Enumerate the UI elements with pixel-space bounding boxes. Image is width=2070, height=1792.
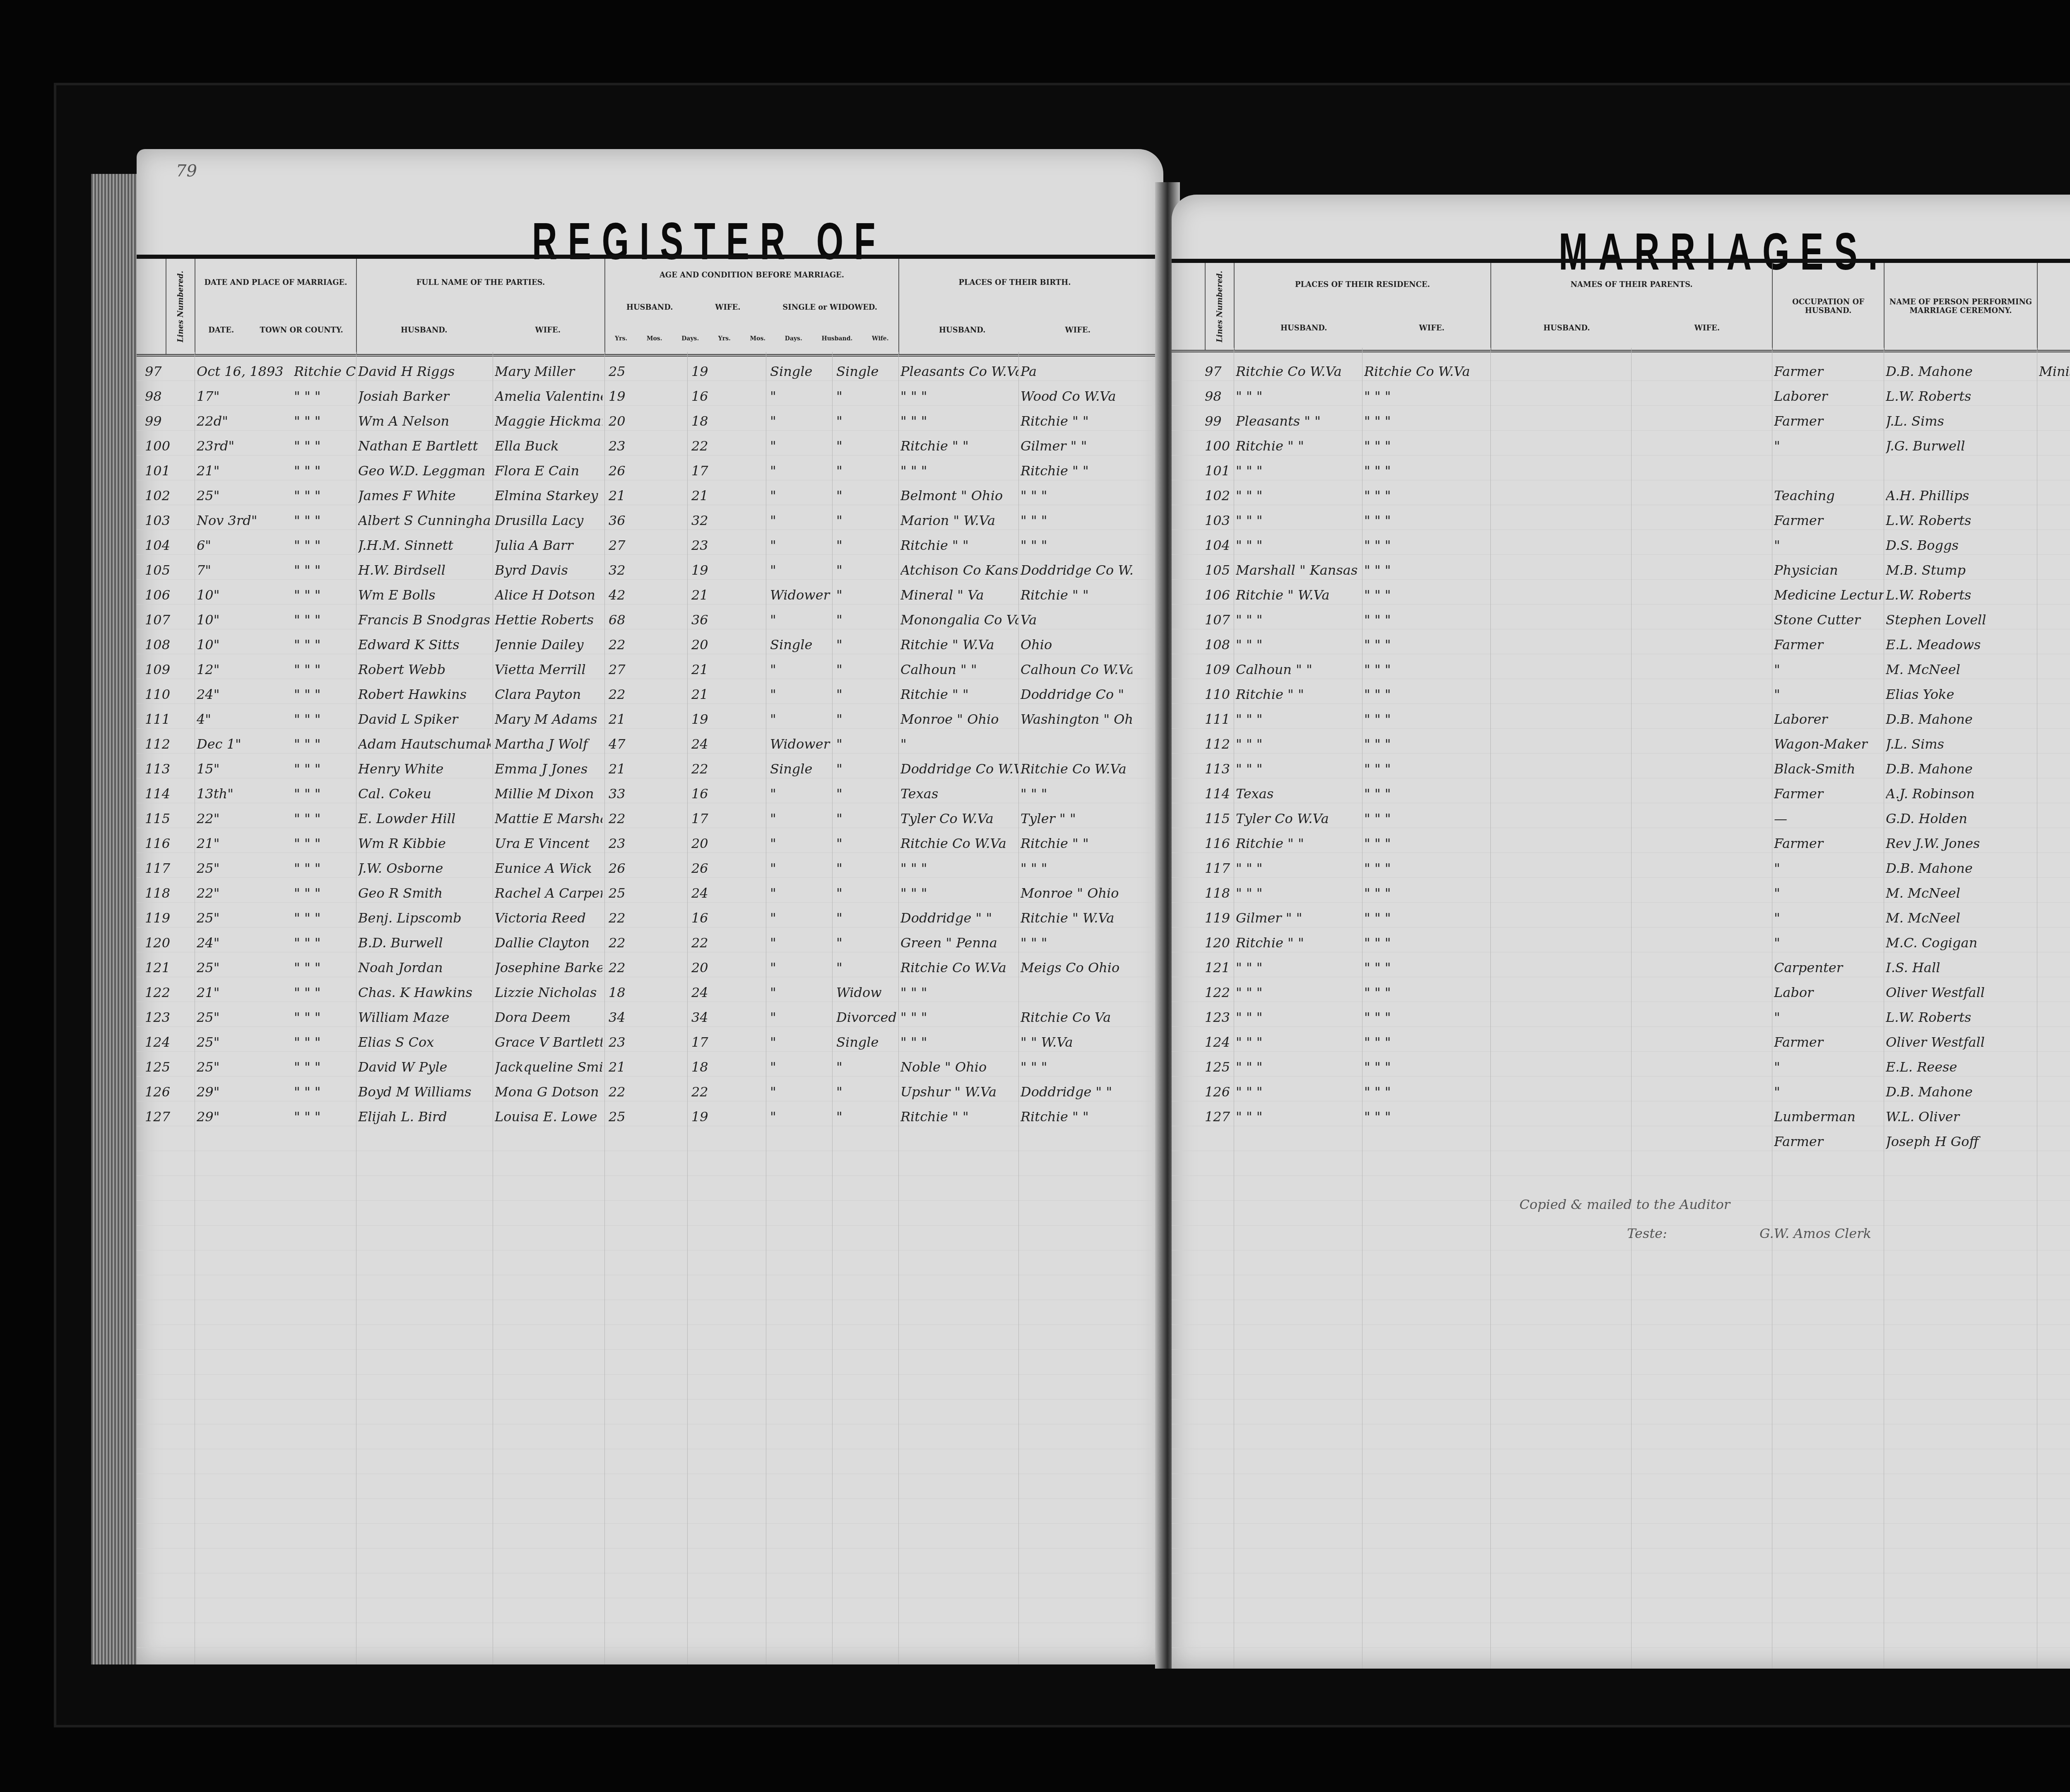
left-cell-no: 120 [145, 935, 190, 951]
left-cell-no: 116 [145, 836, 190, 851]
table-row: 97Oct 16, 1893Ritchie Co W.VaDavid H Rig… [137, 360, 1163, 385]
left-cell-h-age: 25 [609, 364, 638, 379]
left-cell-h-age: 33 [609, 786, 638, 802]
left-cell-h-birth: Monongalia Co Va [900, 612, 1018, 628]
table-row: 116Ritchie " "" " "FarmerRev J.W. Jones [1172, 832, 2070, 857]
left-cell-h-birth: Belmont " Ohio [900, 488, 1018, 503]
left-cell-no: 99 [145, 413, 190, 429]
table-row: 101" " "" " " [1172, 460, 2070, 484]
table-row: 11725"" " "J.W. OsborneEunice A Wick2626… [137, 857, 1163, 882]
right-cell-officiant: A.J. Robinson [1886, 786, 2037, 802]
right-cell-occupation: " [1774, 885, 1884, 901]
left-cell-husband: Benj. Lipscomb [358, 910, 491, 926]
right-cell-h-res: " " " [1236, 637, 1360, 653]
left-cell-no: 125 [145, 1059, 190, 1075]
left-cell-date: 22" [197, 811, 292, 826]
left-cell-no: 114 [145, 786, 190, 802]
table-row: 120Ritchie " "" " ""M.C. Cogigan [1172, 932, 2070, 956]
left-cell-place: " " " [294, 637, 356, 653]
left-cell-husband: Josiah Barker [358, 388, 491, 404]
left-cell-place: " " " [294, 1109, 356, 1125]
right-cell-w-res: " " " [1364, 513, 1488, 528]
left-cell-w-age: 19 [691, 364, 720, 379]
table-row: 109Calhoun " "" " ""M. McNeel [1172, 658, 2070, 683]
header-parents: NAMES OF THEIR PARENTS. HUSBAND.WIFE. [1490, 263, 1772, 350]
left-cell-w-age: 16 [691, 910, 720, 926]
right-cell-h-res: " " " [1236, 612, 1360, 628]
table-row: 118" " "" " ""M. McNeel [1172, 882, 2070, 907]
table-row: 11522"" " "E. Lowder HillMattie E Marsha… [137, 807, 1163, 832]
left-cell-w-age: 34 [691, 1009, 720, 1025]
table-row: 127" " "" " "LumbermanW.L. Oliver [1172, 1106, 2070, 1130]
left-cell-h-birth: Upshur " W.Va [900, 1084, 1018, 1100]
left-cell-w-birth: Ritchie Co Va [1021, 1009, 1132, 1025]
left-cell-no: 127 [145, 1109, 190, 1125]
right-cell-occupation: Medicine Lecturer [1774, 587, 1884, 603]
table-row: 103" " "" " "FarmerL.W. Roberts [1172, 509, 2070, 534]
right-cell-no: 111 [1205, 711, 1234, 727]
right-cell-officiant: E.L. Meadows [1886, 637, 2037, 653]
right-cell-no: 100 [1205, 438, 1234, 454]
left-cell-w-age: 22 [691, 438, 720, 454]
left-cell-date: 22" [197, 885, 292, 901]
right-cell-no: 107 [1205, 612, 1234, 628]
left-cell-date: Nov 3rd" [197, 513, 292, 528]
left-cell-h-age: 68 [609, 612, 638, 628]
left-cell-date: 13th" [197, 786, 292, 802]
right-cell-officiant: Joseph H Goff [1886, 1134, 2037, 1149]
left-cell-date: 10" [197, 637, 292, 653]
right-cell-officiant: G.D. Holden [1886, 811, 2037, 826]
left-cell-h-birth: Ritchie " " [900, 686, 1018, 702]
left-cell-place: " " " [294, 587, 356, 603]
right-cell-no: 114 [1205, 786, 1234, 802]
left-cell-no: 105 [145, 562, 190, 578]
right-cell-w-res: " " " [1364, 1009, 1488, 1025]
right-cell-no: 99 [1205, 413, 1234, 429]
left-cell-husband: Adam Hautschumaker [358, 736, 491, 752]
table-row: 10710"" " "Francis B SnodgrassHettie Rob… [137, 609, 1163, 633]
right-cell-h-res: " " " [1236, 1009, 1360, 1025]
left-cell-h-cond: " [770, 388, 832, 404]
left-cell-h-cond: " [770, 1034, 832, 1050]
right-cell-occupation: " [1774, 662, 1884, 677]
right-cell-no: 109 [1205, 662, 1234, 677]
left-cell-wife: Mona G Dotson [495, 1084, 602, 1100]
left-cell-husband: J.H.M. Sinnett [358, 537, 491, 553]
left-cell-h-age: 27 [609, 537, 638, 553]
right-cell-officiant: M.B. Stump [1886, 562, 2037, 578]
right-cell-no: 110 [1205, 686, 1234, 702]
left-cell-husband: Noah Jordan [358, 960, 491, 975]
left-cell-husband: Chas. K Hawkins [358, 985, 491, 1000]
right-cell-h-res: Ritchie " " [1236, 836, 1360, 851]
left-cell-wife: Mary M Adams [495, 711, 602, 727]
right-cell-h-res: " " " [1236, 1109, 1360, 1125]
right-cell-officiant: D.B. Mahone [1886, 364, 2037, 379]
left-cell-place: " " " [294, 736, 356, 752]
table-row: 12125"" " "Noah JordanJosephine Barker22… [137, 956, 1163, 981]
table-row: 126" " "" " ""D.B. Mahone [1172, 1081, 2070, 1106]
right-cell-occupation: Farmer [1774, 1034, 1884, 1050]
table-row: FarmerJoseph H Goff [1172, 1130, 2070, 1155]
right-cell-occupation: Teaching [1774, 488, 1884, 503]
page-number: 79 [176, 161, 197, 181]
right-cell-occupation: Farmer [1774, 1134, 1884, 1149]
left-cell-w-age: 19 [691, 1109, 720, 1125]
left-cell-h-birth: Ritchie Co W.Va [900, 960, 1018, 975]
left-cell-h-cond: " [770, 662, 832, 677]
header-full-name: FULL NAME OF THE PARTIES. HUSBAND.WIFE. [356, 259, 604, 354]
header-birth-places: PLACES OF THEIR BIRTH. HUSBAND.WIFE. [898, 259, 1130, 354]
left-cell-w-cond: " [836, 960, 898, 975]
footer-note: Copied & mailed to the Auditor [1519, 1197, 1730, 1212]
right-cell-w-res: " " " [1364, 537, 1488, 553]
left-cell-no: 103 [145, 513, 190, 528]
left-cell-wife: Mary Miller [495, 364, 602, 379]
left-cell-h-age: 23 [609, 438, 638, 454]
left-cell-date: 4" [197, 711, 292, 727]
left-cell-w-age: 20 [691, 637, 720, 653]
left-cell-w-birth: Doddridge Co " [1021, 686, 1132, 702]
right-cell-officiant: M.C. Cogigan [1886, 935, 2037, 951]
left-cell-w-cond: " [836, 537, 898, 553]
left-cell-wife: Byrd Davis [495, 562, 602, 578]
left-cell-wife: Drusilla Lacy [495, 513, 602, 528]
table-row: 12525"" " "David W PyleJackqueline Smith… [137, 1056, 1163, 1081]
right-cell-w-res: " " " [1364, 662, 1488, 677]
table-row: 121" " "" " "CarpenterI.S. Hall [1172, 956, 2070, 981]
right-cell-officiant: Oliver Westfall [1886, 1034, 2037, 1050]
right-cell-h-res: Marshall " Kansas [1236, 562, 1360, 578]
left-cell-h-cond: " [770, 438, 832, 454]
left-cell-h-birth: Doddridge " " [900, 910, 1018, 926]
left-cell-place: " " " [294, 488, 356, 503]
table-row: 11413th"" " "Cal. CokeuMillie M Dixon331… [137, 783, 1163, 807]
right-cell-w-res: " " " [1364, 910, 1488, 926]
left-cell-no: 107 [145, 612, 190, 628]
left-cell-place: " " " [294, 438, 356, 454]
left-cell-h-birth: " " " [900, 1034, 1018, 1050]
left-cell-no: 104 [145, 537, 190, 553]
left-cell-no: 119 [145, 910, 190, 926]
left-cell-w-birth: " " " [1021, 513, 1132, 528]
left-cell-w-birth: Tyler " " [1021, 811, 1132, 826]
left-cell-husband: Edward K Sitts [358, 637, 491, 653]
left-cell-w-age: 24 [691, 885, 720, 901]
left-entries: 97Oct 16, 1893Ritchie Co W.VaDavid H Rig… [137, 360, 1163, 1155]
right-cell-no: 108 [1205, 637, 1234, 653]
left-cell-wife: Jennie Dailey [495, 637, 602, 653]
left-cell-h-age: 22 [609, 811, 638, 826]
left-cell-h-cond: " [770, 513, 832, 528]
left-cell-h-age: 25 [609, 1109, 638, 1125]
left-cell-h-birth: Tyler Co W.Va [900, 811, 1018, 826]
table-row: 9922d"" " "Wm A NelsonMaggie Hickman2018… [137, 410, 1163, 435]
right-cell-officiant: M. McNeel [1886, 662, 2037, 677]
left-cell-wife: Eunice A Wick [495, 860, 602, 876]
left-cell-h-age: 22 [609, 1084, 638, 1100]
left-cell-wife: Vietta Merrill [495, 662, 602, 677]
left-cell-w-age: 32 [691, 513, 720, 528]
left-cell-h-cond: " [770, 562, 832, 578]
left-cell-h-age: 36 [609, 513, 638, 528]
left-cell-husband: William Maze [358, 1009, 491, 1025]
left-cell-wife: Hettie Roberts [495, 612, 602, 628]
left-cell-place: " " " [294, 1059, 356, 1075]
left-cell-w-birth: Wood Co W.Va [1021, 388, 1132, 404]
right-cell-h-res: Ritchie " W.Va [1236, 587, 1360, 603]
left-cell-wife: Ella Buck [495, 438, 602, 454]
left-cell-husband: David H Riggs [358, 364, 491, 379]
left-cell-wife: Julia A Barr [495, 537, 602, 553]
table-row: 105Marshall " Kansas" " "PhysicianM.B. S… [1172, 559, 2070, 584]
left-cell-date: 10" [197, 612, 292, 628]
table-row: 102" " "" " "TeachingA.H. Phillips [1172, 484, 2070, 509]
left-cell-h-birth: " " " [900, 413, 1018, 429]
left-cell-w-birth: Doddridge " " [1021, 1084, 1132, 1100]
left-cell-date: 29" [197, 1109, 292, 1125]
left-cell-w-birth: Ritchie " " [1021, 463, 1132, 479]
right-cell-occupation: " [1774, 1084, 1884, 1100]
left-cell-no: 121 [145, 960, 190, 975]
left-cell-date: 24" [197, 935, 292, 951]
left-cell-place: " " " [294, 960, 356, 975]
left-cell-date: 6" [197, 537, 292, 553]
left-cell-no: 102 [145, 488, 190, 503]
left-cell-wife: Mattie E Marshall [495, 811, 602, 826]
left-cell-h-birth: Ritchie Co W.Va [900, 836, 1018, 851]
left-cell-w-cond: Widow [836, 985, 898, 1000]
left-cell-no: 108 [145, 637, 190, 653]
table-row: 10810"" " "Edward K SittsJennie Dailey22… [137, 633, 1163, 658]
right-cell-w-res: " " " [1364, 562, 1488, 578]
left-cell-place: " " " [294, 711, 356, 727]
left-cell-w-cond: " [836, 786, 898, 802]
left-cell-h-age: 19 [609, 388, 638, 404]
left-page: 79 REGISTER OF Lines Numbered. DATE AND … [137, 149, 1163, 1664]
left-cell-w-birth: Ohio [1021, 637, 1132, 653]
right-cell-no: 117 [1205, 860, 1234, 876]
left-cell-wife: Martha J Wolf [495, 736, 602, 752]
left-cell-wife: Millie M Dixon [495, 786, 602, 802]
left-cell-w-age: 26 [691, 860, 720, 876]
left-cell-w-cond: " [836, 612, 898, 628]
left-cell-wife: Maggie Hickman [495, 413, 602, 429]
left-cell-place: " " " [294, 1084, 356, 1100]
left-cell-h-age: 22 [609, 637, 638, 653]
left-cell-h-cond: " [770, 836, 832, 851]
right-cell-h-res: Ritchie " " [1236, 935, 1360, 951]
right-cell-h-res: " " " [1236, 985, 1360, 1000]
left-cell-w-age: 19 [691, 711, 720, 727]
table-row: 11315"" " "Henry WhiteEmma J Jones2122Si… [137, 758, 1163, 783]
left-cell-w-age: 24 [691, 985, 720, 1000]
left-cell-h-cond: " [770, 537, 832, 553]
right-cell-h-res: " " " [1236, 488, 1360, 503]
right-cell-officiant: M. McNeel [1886, 885, 2037, 901]
right-cell-officiant: D.B. Mahone [1886, 860, 2037, 876]
left-cell-w-age: 21 [691, 686, 720, 702]
left-cell-w-age: 16 [691, 388, 720, 404]
right-header-table: Lines Numbered. PLACES OF THEIR RESIDENC… [1172, 259, 2070, 352]
left-cell-w-birth: " " " [1021, 537, 1132, 553]
left-cell-no: 112 [145, 736, 190, 752]
left-cell-no: 98 [145, 388, 190, 404]
left-cell-place: " " " [294, 860, 356, 876]
left-cell-h-birth: Marion " W.Va [900, 513, 1018, 528]
right-cell-w-res: " " " [1364, 811, 1488, 826]
right-cell-occupation: " [1774, 860, 1884, 876]
table-row: 9817"" " "Josiah BarkerAmelia Valentine1… [137, 385, 1163, 410]
left-cell-date: 25" [197, 1034, 292, 1050]
left-cell-wife: Clara Payton [495, 686, 602, 702]
right-cell-officiant: J.L. Sims [1886, 413, 2037, 429]
left-cell-w-age: 17 [691, 811, 720, 826]
right-cell-no: 103 [1205, 513, 1234, 528]
header-occupation: OCCUPATION OF HUSBAND. [1772, 263, 1884, 350]
left-cell-place: " " " [294, 513, 356, 528]
right-cell-occupation: Laborer [1774, 388, 1884, 404]
left-cell-date: 23rd" [197, 438, 292, 454]
right-cell-no: 118 [1205, 885, 1234, 901]
left-cell-h-birth: " " " [900, 1009, 1018, 1025]
left-cell-date: 15" [197, 761, 292, 777]
left-cell-place: " " " [294, 761, 356, 777]
left-cell-w-birth: Pa [1021, 364, 1132, 379]
left-cell-date: 21" [197, 463, 292, 479]
left-cell-h-age: 26 [609, 463, 638, 479]
right-cell-no: 104 [1205, 537, 1234, 553]
table-row: 110Ritchie " "" " ""Elias Yoke [1172, 683, 2070, 708]
left-cell-w-birth: Meigs Co Ohio [1021, 960, 1132, 975]
left-cell-h-birth: Texas [900, 786, 1018, 802]
left-cell-date: 21" [197, 836, 292, 851]
right-cell-h-res: " " " [1236, 1034, 1360, 1050]
left-cell-h-cond: Single [770, 637, 832, 653]
table-row: 11822"" " "Geo R SmithRachel A Carpenter… [137, 882, 1163, 907]
left-cell-husband: Nathan E Bartlett [358, 438, 491, 454]
left-cell-no: 126 [145, 1084, 190, 1100]
table-row: 122" " "" " "LaborOliver Westfall [1172, 981, 2070, 1006]
left-cell-h-cond: " [770, 488, 832, 503]
left-cell-h-cond: Single [770, 364, 832, 379]
right-cell-h-res: Texas [1236, 786, 1360, 802]
right-cell-occupation: Labor [1774, 985, 1884, 1000]
left-cell-w-cond: Single [836, 1034, 898, 1050]
left-cell-w-birth: " " " [1021, 488, 1132, 503]
left-cell-h-birth: " " " [900, 885, 1018, 901]
right-cell-w-res: " " " [1364, 637, 1488, 653]
left-cell-h-age: 47 [609, 736, 638, 752]
right-cell-no: 116 [1205, 836, 1234, 851]
table-row: 119Gilmer " "" " ""M. McNeel [1172, 907, 2070, 932]
left-cell-h-cond: " [770, 413, 832, 429]
right-cell-occupation: Wagon-Maker [1774, 736, 1884, 752]
right-cell-occupation: Black-Smith [1774, 761, 1884, 777]
left-cell-w-age: 24 [691, 736, 720, 752]
left-cell-wife: Alice H Dotson [495, 587, 602, 603]
right-cell-no: 124 [1205, 1034, 1234, 1050]
left-cell-h-cond: Widower [770, 587, 832, 603]
left-cell-no: 106 [145, 587, 190, 603]
left-cell-no: 113 [145, 761, 190, 777]
left-cell-w-age: 21 [691, 662, 720, 677]
left-cell-husband: Elias S Cox [358, 1034, 491, 1050]
right-cell-h-res: Ritchie " " [1236, 686, 1360, 702]
left-cell-h-cond: " [770, 1009, 832, 1025]
right-cell-officiant: W.L. Oliver [1886, 1109, 2037, 1125]
left-cell-h-birth: Atchison Co Kansas [900, 562, 1018, 578]
left-cell-w-age: 20 [691, 960, 720, 975]
right-cell-h-res: " " " [1236, 1059, 1360, 1075]
right-cell-occupation: Farmer [1774, 364, 1884, 379]
left-cell-w-age: 22 [691, 935, 720, 951]
left-cell-w-cond: " [836, 910, 898, 926]
left-cell-h-age: 32 [609, 562, 638, 578]
left-cell-h-age: 34 [609, 1009, 638, 1025]
right-cell-w-res: " " " [1364, 1084, 1488, 1100]
left-cell-husband: David L Spiker [358, 711, 491, 727]
right-cell-h-res: " " " [1236, 711, 1360, 727]
right-cell-h-res: Pleasants " " [1236, 413, 1360, 429]
table-row: 123" " "" " ""L.W. Roberts [1172, 1006, 2070, 1031]
right-cell-occupation: Farmer [1774, 786, 1884, 802]
left-cell-w-cond: Divorced [836, 1009, 898, 1025]
right-cell-no: 98 [1205, 388, 1234, 404]
left-cell-w-cond: " [836, 761, 898, 777]
left-cell-h-birth: Ritchie " " [900, 438, 1018, 454]
right-cell-h-res: " " " [1236, 761, 1360, 777]
left-cell-husband: James F White [358, 488, 491, 503]
left-cell-h-cond: " [770, 935, 832, 951]
right-cell-officiant: D.B. Mahone [1886, 1084, 2037, 1100]
left-cell-husband: H.W. Birdsell [358, 562, 491, 578]
table-row: 108" " "" " "FarmerE.L. Meadows [1172, 633, 2070, 658]
left-cell-w-cond: " [836, 413, 898, 429]
table-row: 11024"" " "Robert HawkinsClara Payton222… [137, 683, 1163, 708]
left-cell-date: 25" [197, 860, 292, 876]
right-cell-no: 120 [1205, 935, 1234, 951]
left-cell-husband: E. Lowder Hill [358, 811, 491, 826]
right-entries: 97Ritchie Co W.VaRitchie Co W.VaFarmerD.… [1172, 360, 2070, 1155]
left-cell-husband: Geo W.D. Leggman [358, 463, 491, 479]
left-cell-w-cond: " [836, 637, 898, 653]
right-cell-h-res: " " " [1236, 463, 1360, 479]
left-cell-h-cond: " [770, 885, 832, 901]
left-cell-h-cond: Single [770, 761, 832, 777]
left-cell-w-cond: " [836, 711, 898, 727]
left-cell-no: 109 [145, 662, 190, 677]
left-cell-w-birth: " " " [1021, 1059, 1132, 1075]
left-cell-w-birth: Ritchie " " [1021, 587, 1132, 603]
left-cell-place: " " " [294, 612, 356, 628]
left-cell-date: 25" [197, 1009, 292, 1025]
right-cell-occupation: " [1774, 1009, 1884, 1025]
right-cell-no: 121 [1205, 960, 1234, 975]
left-cell-wife: Dora Deem [495, 1009, 602, 1025]
left-cell-w-birth: " " W.Va [1021, 1034, 1132, 1050]
left-cell-date: Oct 16, 1893 [197, 364, 292, 379]
left-cell-husband: Wm R Kibbie [358, 836, 491, 851]
table-row: 112Dec 1"" " "Adam HautschumakerMartha J… [137, 733, 1163, 758]
right-cell-occupation: Farmer [1774, 413, 1884, 429]
table-row [137, 1130, 1163, 1155]
left-cell-h-age: 23 [609, 836, 638, 851]
left-cell-date: 24" [197, 686, 292, 702]
right-cell-h-res: " " " [1236, 388, 1360, 404]
left-cell-w-cond: " [836, 513, 898, 528]
